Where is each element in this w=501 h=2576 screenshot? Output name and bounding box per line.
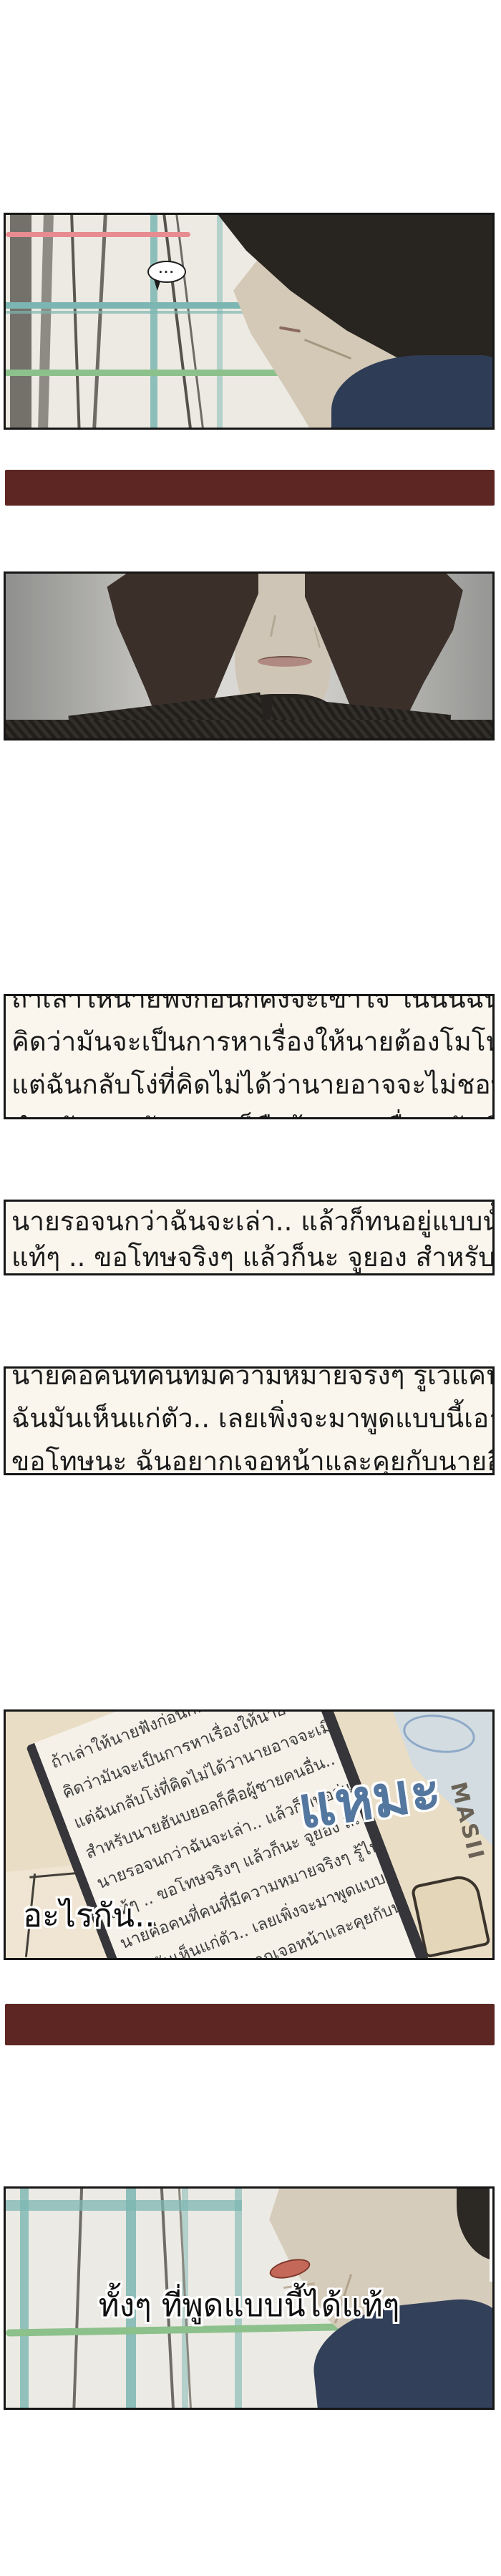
scene-divider-bar bbox=[5, 470, 495, 506]
narration-line: แต่ฉันกลับโง่ที่คิดไม่ได้ว่านายอาจจะไม่ช… bbox=[6, 1063, 492, 1106]
sticker-text: แหมะ bbox=[292, 1744, 447, 1854]
gray-pole-shape bbox=[10, 215, 31, 428]
narration-line: สำหรับนายฮันบยอลก็คือผู้ชายคนอื่น.. ฉันค… bbox=[6, 1106, 492, 1119]
panel3-caption: ทั้งๆ ที่พูดแบบนี้ได้แท้ๆ bbox=[6, 2280, 492, 2330]
narration-line: ฉันมันเห็นแก่ตัว.. เลยเพิ่งจะมาพูดแบบนี้… bbox=[6, 1397, 492, 1440]
narration-box-a: ถ้าเล่าให้นายฟังก่อนก็คงจะเข้าใจ ในนั้นฉ… bbox=[4, 994, 495, 1119]
comic-page: ... ถ้าเล่าให้นายฟังก่อนก็คงจะเข้าใจ ในน… bbox=[0, 0, 501, 2576]
scene-divider-bar bbox=[5, 2004, 495, 2045]
shoulder-band-shape bbox=[6, 720, 492, 738]
narration-box-b: นายรอจนกว่าฉันจะเล่า.. แล้วก็ทนอยู่แบบนั… bbox=[4, 1200, 495, 1275]
thin-line-shape bbox=[70, 213, 82, 430]
narration-box-c: นายคือคนที่คนที่มีความหมายจริงๆ รูเวแคนก… bbox=[4, 1366, 495, 1475]
mouth-shape bbox=[258, 656, 312, 667]
thin-line-shape bbox=[175, 213, 208, 430]
panel-1: ... bbox=[4, 213, 495, 430]
plaid-red-line bbox=[6, 232, 190, 237]
narration-line: แท้ๆ .. ขอโทษจริงๆ แล้วก็นะ จูยอง สำหรับ… bbox=[6, 1240, 492, 1275]
plaid-teal-line bbox=[150, 215, 157, 428]
speech-bubble: ... bbox=[147, 261, 186, 283]
panel-phone: MASII ถ้าเล่าให้นายฟังก่อนก็คงจะเข้าใจ ค… bbox=[4, 1709, 495, 1960]
highlight-sliver-shape bbox=[490, 2189, 495, 2282]
panel-2 bbox=[4, 571, 495, 741]
narration-line: ขอโทษนะ ฉันอยากเจอหน้าและคุยกับนายอีกครั… bbox=[6, 1440, 492, 1475]
narration-line: คิดว่ามันจะเป็นการหาเรื่องให้นายต้องโมโห… bbox=[6, 1021, 492, 1063]
plaid-teal-line bbox=[6, 311, 243, 314]
narration-line: นายรอจนกว่าฉันจะเล่า.. แล้วก็ทนอยู่แบบนั… bbox=[6, 1204, 492, 1240]
panel-3: ทั้งๆ ที่พูดแบบนี้ได้แท้ๆ bbox=[4, 2186, 495, 2410]
thin-line-shape bbox=[91, 213, 108, 430]
plaid-teal-line bbox=[217, 215, 223, 428]
plaid-teal-band bbox=[6, 2200, 242, 2211]
narration-line: ถ้าเล่าให้นายฟังก่อนก็คงจะเข้าใจ ในนั้นฉ… bbox=[6, 994, 492, 1021]
plaid-teal-line bbox=[6, 302, 243, 309]
reaction-caption: อะไรกัน.. bbox=[23, 1889, 155, 1941]
ellipsis-text: ... bbox=[158, 263, 175, 276]
gray-pole-shape bbox=[38, 215, 54, 428]
narration-line: นายคือคนที่คนที่มีความหมายจริงๆ รูเวแคนก… bbox=[6, 1366, 492, 1397]
